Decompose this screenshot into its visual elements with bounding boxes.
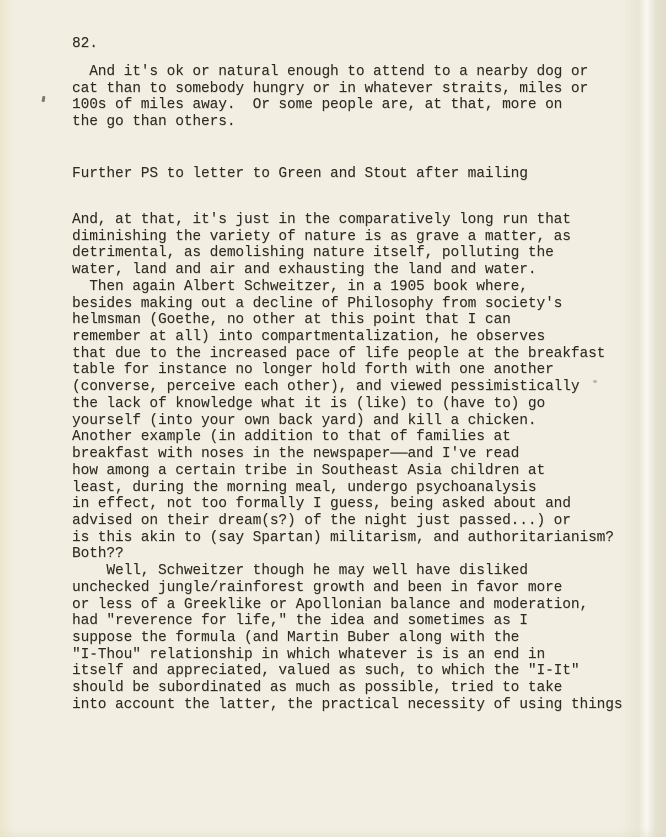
body-paragraphs: And, at that, it's just in the comparati… [72, 212, 623, 714]
text-line: unchecked jungle/rainforest growth and b… [72, 580, 623, 597]
text-line: And, at that, it's just in the comparati… [72, 212, 623, 229]
text-line: least, during the morning meal, undergo … [72, 480, 623, 497]
text-line: or less of a Greeklike or Apollonian bal… [72, 597, 623, 614]
text-line: helmsman (Goethe, no other at this point… [72, 312, 623, 329]
text-line: itself and appreciated, valued as such, … [72, 663, 623, 680]
text-line: cat than to somebody hungry or in whatev… [72, 81, 588, 98]
text-line: besides making out a decline of Philosop… [72, 296, 623, 313]
text-line: Then again Albert Schweitzer, in a 1905 … [72, 279, 623, 296]
text-line: remember at all) into compartmentalizati… [72, 329, 623, 346]
text-line: And it's ok or natural enough to attend … [72, 64, 588, 81]
page-edge-shading-left [0, 0, 14, 837]
text-line: diminishing the variety of nature is as … [72, 229, 623, 246]
text-line: 100s of miles away. Or some people are, … [72, 97, 588, 114]
text-line: detrimental, as demolishing nature itsel… [72, 245, 623, 262]
scanned-document-page: 82. And it's ok or natural enough to att… [0, 0, 666, 837]
page-edge-shading-bottom [0, 827, 666, 837]
page-number: 82. [72, 36, 98, 53]
ink-speck [41, 96, 45, 102]
text-line: the lack of knowledge what it is (like) … [72, 396, 623, 413]
text-line: is this akin to (say Spartan) militarism… [72, 530, 623, 547]
text-line: suppose the formula (and Martin Buber al… [72, 630, 623, 647]
text-line: Well, Schweitzer though he may well have… [72, 563, 623, 580]
text-line: the go than others. [72, 114, 588, 131]
text-line: should be subordinated as much as possib… [72, 680, 623, 697]
text-line: into account the latter, the practical n… [72, 697, 623, 714]
text-line: Another example (in addition to that of … [72, 429, 623, 446]
section-heading: Further PS to letter to Green and Stout … [72, 166, 528, 183]
text-line: Both?? [72, 546, 623, 563]
text-line: breakfast with noses in the newspaper——a… [72, 446, 623, 463]
text-line: had "reverence for life," the idea and s… [72, 613, 623, 630]
page-edge-shading-right [618, 0, 666, 837]
text-line: water, land and air and exhausting the l… [72, 262, 623, 279]
text-line: advised on their dream(s?) of the night … [72, 513, 623, 530]
text-line: "I-Thou" relationship in which whatever … [72, 647, 623, 664]
text-line: how among a certain tribe in Southeast A… [72, 463, 623, 480]
text-line: (converse, perceive each other), and vie… [72, 379, 623, 396]
text-line: in effect, not too formally I guess, bei… [72, 496, 623, 513]
text-line: that due to the increased pace of life p… [72, 346, 623, 363]
text-line: table for instance no longer hold forth … [72, 362, 623, 379]
opening-paragraph: And it's ok or natural enough to attend … [72, 64, 588, 131]
text-line: yourself (into your own back yard) and k… [72, 413, 623, 430]
